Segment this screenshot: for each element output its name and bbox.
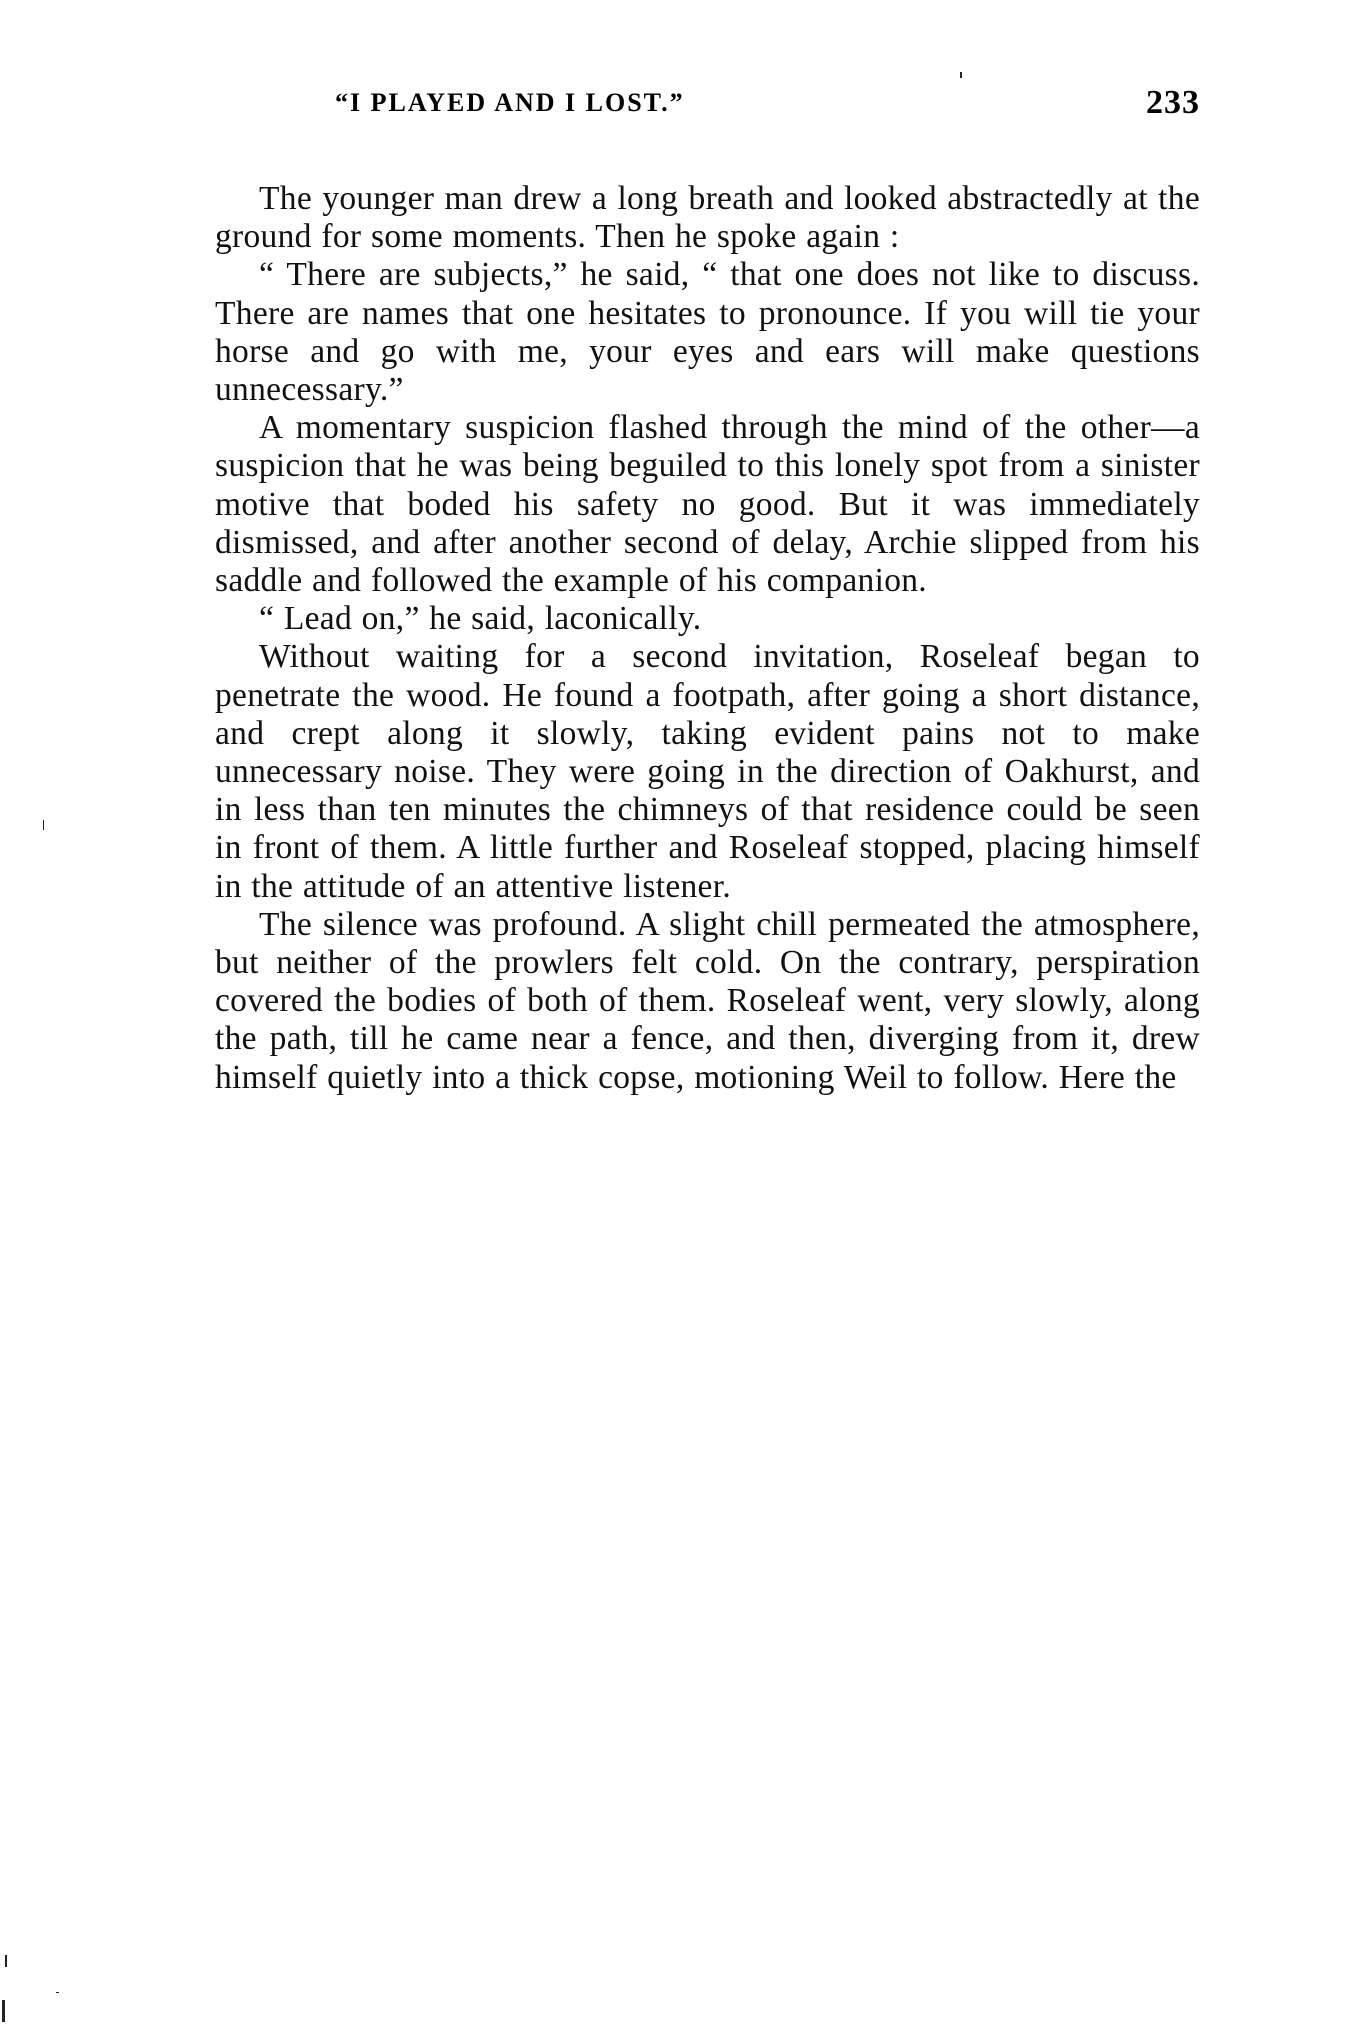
running-title: “I PLAYED AND I LOST.” xyxy=(335,88,685,118)
paragraph: A momentary suspicion flashed through th… xyxy=(215,409,1200,600)
paragraph: Without waiting for a second invitation,… xyxy=(215,638,1200,905)
scan-speck xyxy=(56,1992,59,1993)
paragraph: The younger man drew a long breath and l… xyxy=(215,180,1200,256)
book-page: “I PLAYED AND I LOST.” 233 The younger m… xyxy=(0,0,1349,2032)
page-number: 233 xyxy=(1146,84,1200,122)
paragraph: “ There are subjects,” he said, “ that o… xyxy=(215,256,1200,409)
scan-speck xyxy=(960,72,962,78)
scan-speck xyxy=(5,1955,7,1967)
scan-speck xyxy=(43,820,44,830)
paragraph: “ Lead on,” he said, laconically. xyxy=(215,600,1200,638)
running-head: “I PLAYED AND I LOST.” 233 xyxy=(215,88,1200,128)
body-text: The younger man drew a long breath and l… xyxy=(215,180,1200,1097)
paragraph: The silence was profound. A slight chill… xyxy=(215,906,1200,1097)
scan-speck xyxy=(2,2000,5,2022)
